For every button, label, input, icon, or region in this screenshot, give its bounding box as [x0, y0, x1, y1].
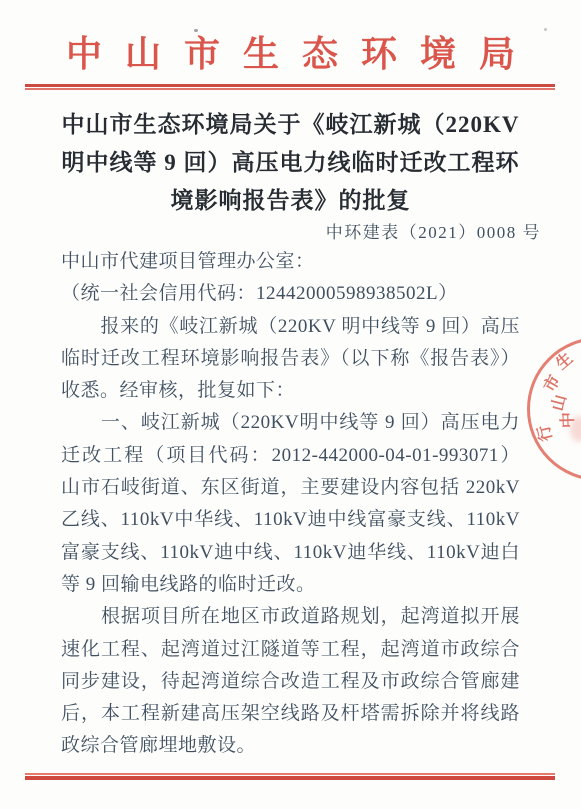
letterhead-rule	[25, 84, 555, 90]
body-text-line: 后，本工程新建高压架空线路及杆塔需拆除并将线路迁入市	[61, 698, 520, 730]
body-text-line: 迁改工程（项目代码：2012-442000-04-01-993071）位于中	[61, 440, 520, 472]
document-title-line: 境影响报告表》的批复	[30, 182, 551, 220]
body-text-line: 速化工程、起湾道过江隧道等工程，起湾道市政综合管廊将	[61, 634, 520, 666]
body-text-line: 山市石岐街道、东区街道，主要建设内容包括 220kV明中甲	[61, 472, 520, 504]
body-text-line: 富豪支线、110kV迪中线、110kV迪华线、110kV迪白甲乙线	[61, 537, 520, 569]
closing-rule	[25, 773, 555, 780]
scan-noise-dot	[544, 28, 547, 31]
document-title-line: 明中线等 9 回）高压电力线临时迁改工程环	[30, 144, 551, 182]
body-text-line: 同步建设，待起湾道综合改造工程及市政综合管廊建设完成	[61, 666, 520, 698]
seal-character: 行	[535, 422, 557, 444]
body-text-line: 中山市代建项目管理办公室：	[61, 246, 520, 278]
seal-character: 生	[552, 349, 577, 374]
document-body: 中山市代建项目管理办公室： （统一社会信用代码：1244200059893850…	[61, 246, 520, 763]
document-title: 中山市生态环境局关于《岐江新城（220KV 明中线等 9 回）高压电力线临时迁改…	[30, 106, 551, 220]
body-text-line: 收悉。经审核，批复如下：	[61, 375, 520, 407]
document-page: 中山市生态环境局 中山市生态环境局关于《岐江新城（220KV 明中线等 9 回）…	[0, 0, 581, 809]
body-text-line: 根据项目所在地区市政道路规划，起湾道拟开展道路快	[61, 601, 520, 633]
body-text-line: （统一社会信用代码：12442000598938502L）	[61, 278, 520, 310]
seal-character: 中	[560, 411, 579, 430]
body-text-line: 一、岐江新城（220KV明中线等 9 回）高压电力线临时	[61, 407, 520, 439]
agency-letterhead: 中山市生态环境局	[0, 32, 581, 76]
body-text-line: 政综合管廊埋地敷设。	[61, 730, 520, 762]
body-text-line: 乙线、110kV中华线、110kV迪中线富豪支线、110kV中华线	[61, 504, 520, 536]
scan-noise-dot	[194, 29, 198, 32]
document-number: 中环建表（2021）0008 号	[326, 218, 541, 243]
document-title-line: 中山市生态环境局关于《岐江新城（220KV	[30, 106, 551, 144]
official-seal: 生 市 山 中 行	[527, 337, 581, 481]
body-text-line: 临时迁改工程环境影响报告表》（以下称《报告表》）等材料	[61, 343, 520, 375]
body-text-line: 等 9 回输电线路的临时迁改。	[61, 569, 520, 601]
body-text-line: 报来的《岐江新城（220KV 明中线等 9 回）高压电力线	[61, 311, 520, 343]
